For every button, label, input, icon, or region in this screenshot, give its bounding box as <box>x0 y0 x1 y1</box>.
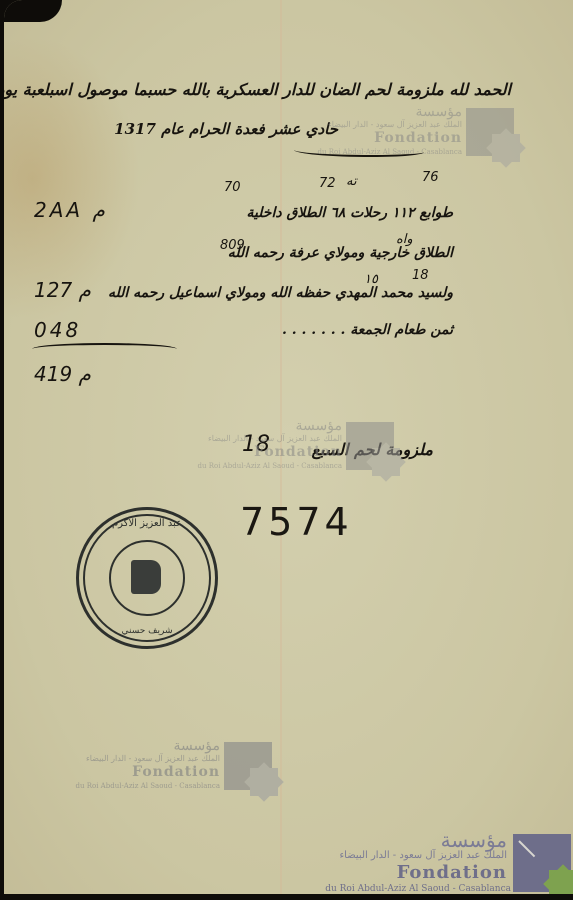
watermark-arabic-title: مؤسسة <box>174 738 220 754</box>
seal-text-bottom: شريف حسني <box>79 626 215 636</box>
torn-corner <box>4 0 62 22</box>
foundation-logo-icon <box>513 834 571 892</box>
reference-number: 7574 <box>240 500 353 544</box>
ledger-row: طوابع ١١٢ رحلات ٦٨ الطلاق داخلية <box>246 205 453 221</box>
watermark-arabic-title: مؤسسة <box>441 828 507 852</box>
watermark-arabic-title: مؤسسة <box>416 104 462 120</box>
star-icon <box>492 134 520 162</box>
watermark-arabic-title: مؤسسة <box>296 418 342 434</box>
watermark-arabic-subtitle: الملك عبد العزيز آل سعود - الدار البيضاء <box>208 434 342 443</box>
ledger-row: ولسيد محمد المهدي حفظه الله ومولاي اسماع… <box>108 285 453 301</box>
row-superscript: 76 <box>422 170 439 185</box>
row-superscript: 72 <box>319 176 336 191</box>
seal-emblem-icon <box>131 560 161 594</box>
scan-edge <box>0 894 573 900</box>
document-page: الحمد لله ملزومة لحم الضان للدار العسكري… <box>4 0 573 894</box>
amount-value: 048 <box>34 318 81 342</box>
star-icon <box>549 870 573 894</box>
watermark-french-subtitle: du Roi Abdul-Aziz Al Saoud - Casablanca <box>76 782 220 790</box>
ledger-row: الطلاق خارجية ومولاي عرفة رحمه الله <box>228 245 453 261</box>
foundation-watermark: مؤسسة الملك عبد العزيز آل سعود - الدار ا… <box>310 828 573 894</box>
foundation-logo-icon <box>346 422 394 470</box>
watermark-french-title: Fondation <box>374 130 462 146</box>
watermark: مؤسسة الملك عبد العزيز آل سعود - الدار ا… <box>254 104 514 164</box>
total-amount: 419 م <box>34 362 91 386</box>
seal-inner-ring <box>109 540 185 616</box>
watermark: مؤسسة الملك عبد العزيز آل سعود - الدار ا… <box>54 738 272 798</box>
watermark-french-subtitle: du Roi Abdul-Aziz Al Saoud - Casablanca <box>325 884 511 894</box>
watermark-arabic-subtitle: الملك عبد العزيز آل سعود - الدار البيضاء <box>339 850 507 861</box>
watermark-french-title: Fondation <box>254 444 342 460</box>
seal-text-top: عبد العزيز الأكرم <box>79 518 215 529</box>
watermark-french-title: Fondation <box>397 862 507 883</box>
star-icon <box>250 768 278 796</box>
foundation-logo-icon <box>466 108 514 156</box>
row-superscript: 70 <box>224 180 241 195</box>
header-line: الحمد لله ملزومة لحم الضان للدار العسكري… <box>4 80 511 99</box>
star-icon <box>372 448 400 476</box>
amount-value: 127 م <box>34 278 91 302</box>
watermark-arabic-subtitle: الملك عبد العزيز آل سعود - الدار البيضاء <box>328 120 462 129</box>
watermark-french-title: Fondation <box>132 764 220 780</box>
amount-value: 2AA م <box>34 198 105 222</box>
official-seal: عبد العزيز الأكرم شريف حسني <box>76 507 218 649</box>
row-superscript: 18 <box>412 268 429 283</box>
watermark: مؤسسة الملك عبد العزيز آل سعود - الدار ا… <box>204 418 394 478</box>
watermark-french-subtitle: du Roi Abdul-Aziz Al Saoud - Casablanca <box>198 462 342 470</box>
foundation-logo-icon <box>224 742 272 790</box>
row-superscript: ته <box>346 174 357 189</box>
watermark-french-subtitle: du Roi Abdul-Aziz Al Saoud - Casablanca <box>318 148 462 156</box>
watermark-arabic-subtitle: الملك عبد العزيز آل سعود - الدار البيضاء <box>86 754 220 763</box>
sum-line <box>32 343 177 355</box>
ledger-row: ثمن طعام الجمعة . . . . . . . <box>282 322 453 338</box>
